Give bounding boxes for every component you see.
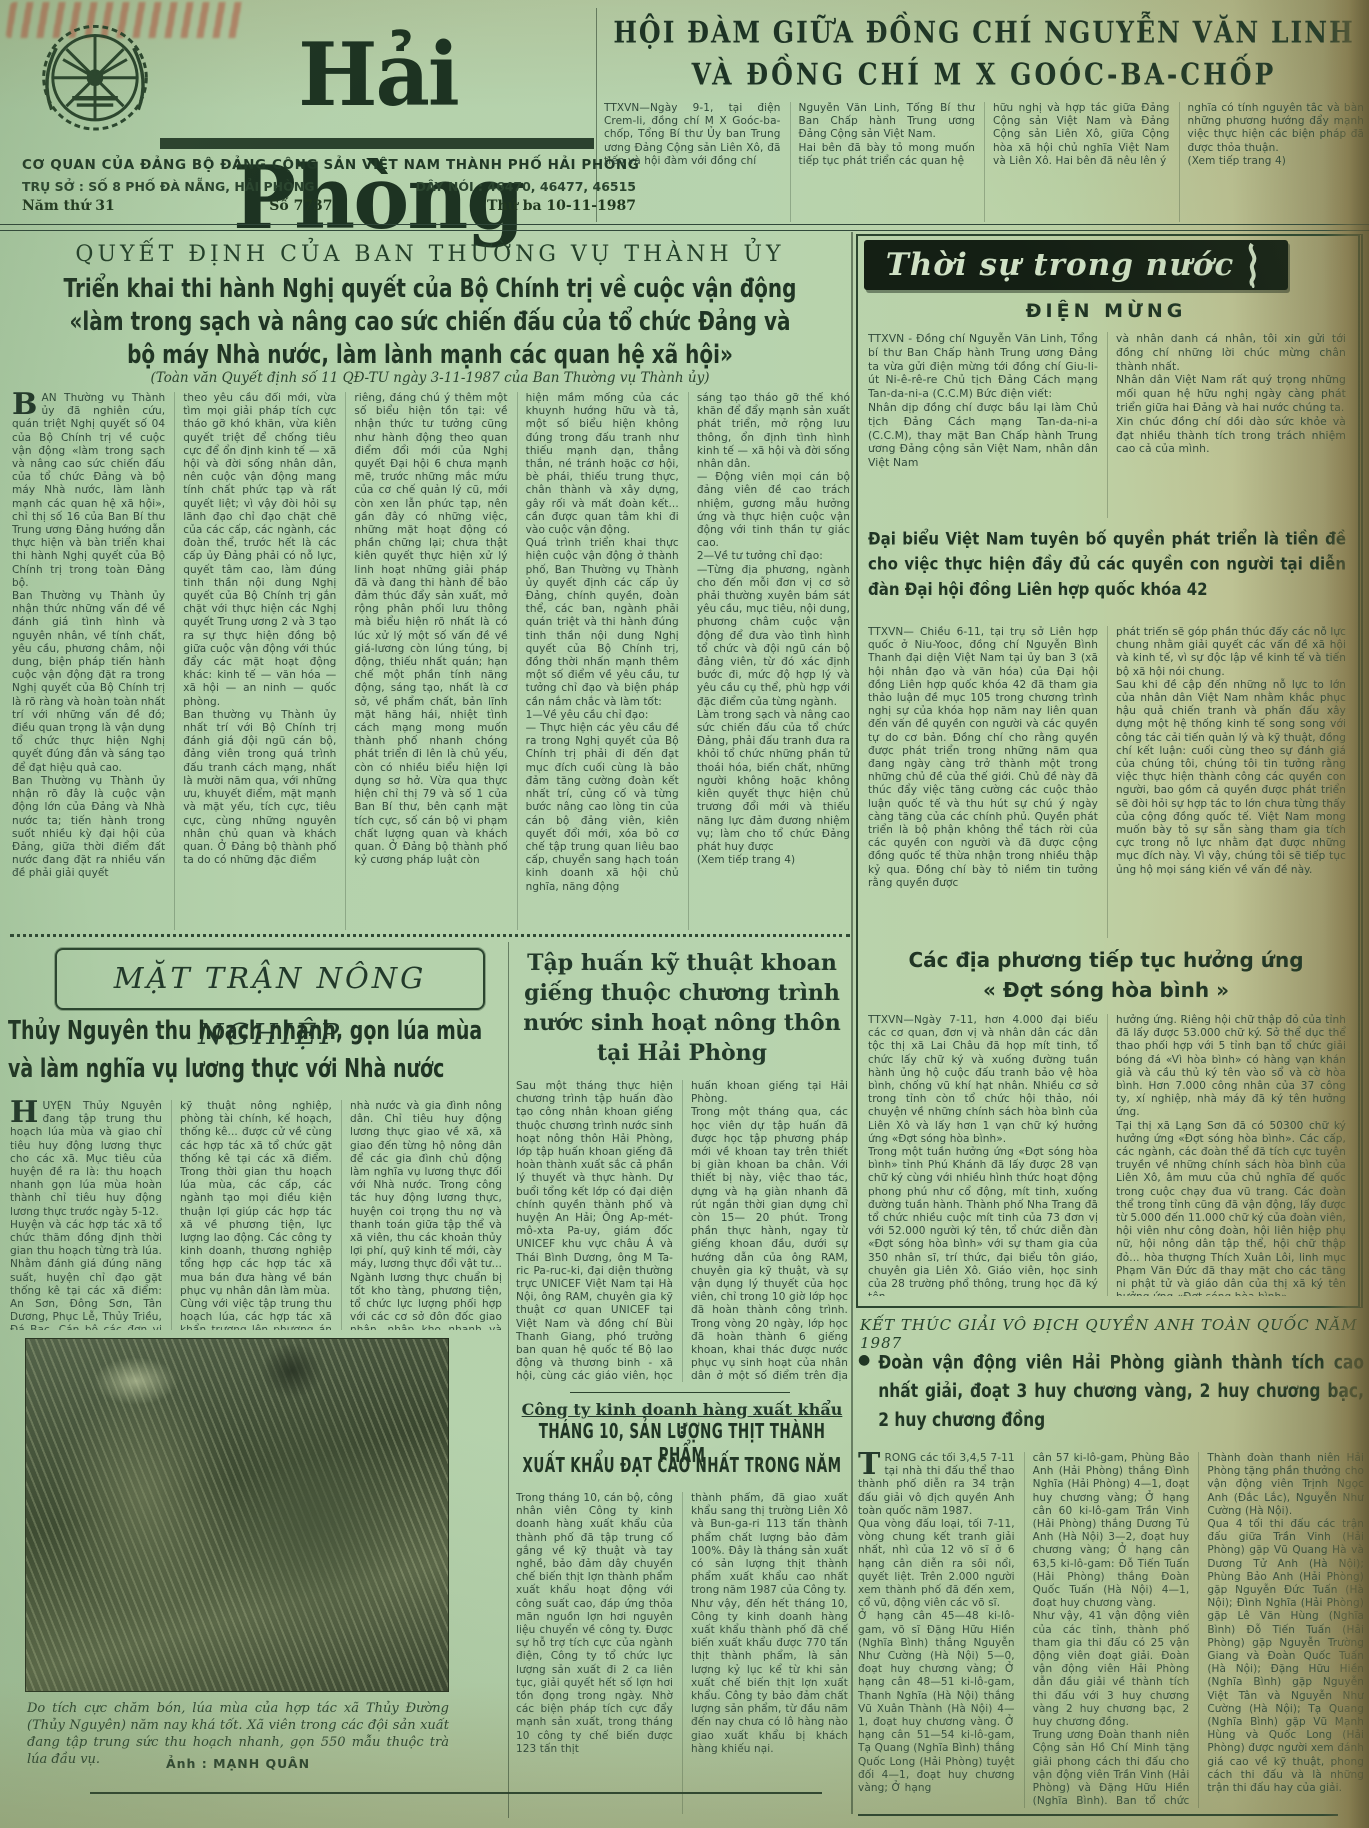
bullet-icon: ●: [858, 1348, 870, 1420]
bottom-right-divider: [858, 1814, 1338, 1816]
article-column: kỹ thuật nông nghiệp, phòng tài chính, k…: [171, 1100, 332, 1330]
article-column: Thành đoàn thanh niên Hải Phòng tặng phầ…: [1198, 1452, 1364, 1808]
training-headline: Tập huấn kỹ thuật khoan giếng thuộc chươ…: [516, 948, 848, 1068]
vietnam-map-icon: [1244, 242, 1266, 288]
right-region-divider: [851, 232, 853, 1814]
article-column: và nhân danh cá nhân, tôi xin gửi tới đồ…: [1107, 332, 1346, 518]
article-column: TTXVN—Ngày 9-1, tại điện Crem-li, đồng c…: [604, 102, 781, 222]
wave-headline-line1: Các địa phương tiếp tục hưởng ứng: [856, 948, 1356, 972]
training-headline-line3: nước sinh hoạt nông thôn: [516, 1008, 848, 1038]
drop-cap: H: [10, 1100, 42, 1126]
phone-numbers: DÂY NÓI : 46470, 46477, 46515: [416, 179, 636, 194]
party-wheel-wreath-emblem-icon: [38, 20, 152, 140]
training-headline-line1: Tập huấn kỹ thuật khoan: [516, 948, 848, 978]
wave-headline-line2: « Đợt sóng hòa bình »: [856, 978, 1356, 1002]
training-article-columns: Sau một tháng thực hiện chương trình tập…: [516, 1080, 848, 1382]
article-column: riêng, đáng chú ý thêm một số biểu hiện …: [345, 392, 507, 930]
article-column: TTXVN— Chiều 6-11, tại trụ sở Liên hợp q…: [868, 626, 1098, 938]
office-address: TRỤ SỞ : SỐ 8 PHỐ ĐÀ NẴNG, HẢI PHÒNG: [22, 179, 314, 194]
article-column: TRONG các tối 3,4,5 7-11 tại nhà thi đấu…: [858, 1452, 1015, 1808]
mid-column-divider: [508, 942, 509, 1818]
issue-number: Số 7737: [269, 198, 332, 214]
article-column: Sau một tháng thực hiện chương trình tập…: [516, 1080, 673, 1382]
article-column: nhà nước và gia đình nông dân. Chỉ tiêu …: [341, 1100, 502, 1330]
news-banner: Thời sự trong nước: [864, 240, 1288, 290]
article-column: theo yêu cầu đổi mới, vừa tìm mọi giải p…: [174, 392, 336, 930]
news-banner-title: Thời sự trong nước: [886, 247, 1235, 283]
article-column: TTXVN—Ngày 7-11, hơn 4.000 đại biểu các …: [868, 1014, 1098, 1296]
decision-headline-line3: bộ máy Nhà nước, làm lành mạnh các quan …: [10, 338, 850, 369]
decision-headline-line2: «làm trong sạch và nâng cao sức chiến đấ…: [10, 305, 850, 336]
agriculture-headline-line1: Thủy Nguyên thu hoạch nhanh, gọn lúa mùa: [8, 1016, 504, 1046]
drop-cap: T: [858, 1452, 884, 1478]
newspaper-page: Hải Phòng CƠ QUAN CỦA ĐẢNG BỘ ĐẢNG CỘNG …: [0, 0, 1369, 1828]
export-headline-line2: XUẤT KHẨU ĐẠT CAO NHẤT TRONG NĂM: [516, 1454, 848, 1478]
article-column: nghĩa có tính nguyên tắc và bàn những ph…: [1179, 102, 1365, 222]
training-headline-line2: giếng thuộc chương trình: [516, 978, 848, 1008]
article-column: cân 57 ki-lô-gam, Phùng Bảo Anh (Hải Phò…: [1024, 1452, 1190, 1808]
harvest-photo: [25, 1338, 449, 1692]
article-column: hiện mầm mống của các khuynh hướng hữu v…: [517, 392, 679, 930]
un-article-columns: TTXVN— Chiều 6-11, tại trụ sở Liên hợp q…: [868, 626, 1346, 938]
article-column: Trong tháng 10, cán bộ, công nhân viên C…: [516, 1492, 673, 1814]
telegram-title: ĐIỆN MỪNG: [856, 300, 1356, 322]
article-column: huấn khoan giếng tại Hải Phòng. Trong mộ…: [682, 1080, 848, 1382]
decision-article-columns: BAN Thường vụ Thành ủy đã nghiên cứu, qu…: [12, 392, 850, 930]
decision-headline-line1: Triển khai thi hành Nghị quyết của Bộ Ch…: [10, 272, 850, 303]
decision-kicker: QUYẾT ĐỊNH CỦA BAN THƯỜNG VỤ THÀNH ỦY: [10, 242, 850, 267]
article-column: Nguyễn Văn Linh, Tổng Bí thư Ban Chấp hà…: [790, 102, 976, 222]
header-column-divider: [596, 8, 597, 222]
photo-credit: Ảnh : MẠNH QUÂN: [27, 1756, 449, 1771]
org-line: CƠ QUAN CỦA ĐẢNG BỘ ĐẢNG CỘNG SẢN VIỆT N…: [22, 157, 628, 173]
boxing-article-columns: TRONG các tối 3,4,5 7-11 tại nhà thi đấu…: [858, 1452, 1364, 1808]
article-column: thành phẩm, đã giao xuất khẩu sang thị t…: [682, 1492, 848, 1814]
training-headline-line4: tại Hải Phòng: [516, 1038, 848, 1068]
dotted-divider: [10, 934, 850, 937]
un-headline: Đại biểu Việt Nam tuyên bố quyền phát tr…: [868, 526, 1346, 602]
article-column: hữu nghị và hợp tác giữa Đảng Cộng sản V…: [984, 102, 1170, 222]
boxing-headline-row: ● Đoàn vận động viên Hải Phòng giành thà…: [858, 1348, 1364, 1420]
summit-article-columns: TTXVN—Ngày 9-1, tại điện Crem-li, đồng c…: [604, 102, 1364, 222]
summit-headline-line1: HỘI ĐÀM GIỮA ĐỒNG CHÍ NGUYỄN VĂN LINH: [604, 15, 1364, 50]
boxing-kicker: KẾT THÚC GIẢI VÔ ĐỊCH QUYỀN ANH TOÀN QUỐ…: [860, 1316, 1365, 1352]
publication-year: Năm thứ 31: [22, 198, 115, 214]
article-column: hưởng ứng. Riêng hội chữ thập đỏ của tỉn…: [1107, 1014, 1346, 1296]
agriculture-section-box: MẶT TRẬN NÔNG NGHIỆP: [55, 948, 485, 1010]
export-article-columns: Trong tháng 10, cán bộ, công nhân viên C…: [516, 1492, 848, 1814]
masthead-rule: [160, 138, 594, 149]
agriculture-headline-line2: và làm nghĩa vụ lương thực với Nhà nước: [8, 1054, 504, 1084]
article-column: BAN Thường vụ Thành ủy đã nghiên cứu, qu…: [12, 392, 165, 930]
article-column: phát triển sẽ góp phần thúc đẩy các nỗ l…: [1107, 626, 1346, 938]
decision-subhead: (Toàn văn Quyết định số 11 QĐ-TU ngày 3-…: [10, 370, 850, 386]
boxing-headline: Đoàn vận động viên Hải Phòng giành thành…: [878, 1348, 1364, 1434]
agriculture-article-columns: HUYỆN Thủy Nguyên đang tập trung thu hoạ…: [10, 1100, 502, 1330]
header-divider: [0, 224, 1369, 231]
drop-cap: B: [12, 392, 41, 418]
article-column: sáng tạo tháo gỡ thế khó khăn để đẩy mạn…: [688, 392, 850, 930]
telegram-columns: TTXVN - Đồng chí Nguyễn Văn Linh, Tổng b…: [868, 332, 1346, 518]
wave-article-columns: TTXVN—Ngày 7-11, hơn 4.000 đại biểu các …: [868, 1014, 1346, 1296]
article-column: TTXVN - Đồng chí Nguyễn Văn Linh, Tổng b…: [868, 332, 1098, 518]
masthead-title: Hải Phòng: [148, 14, 608, 137]
export-top-rule: [570, 1392, 790, 1393]
summit-headline-line2: VÀ ĐỒNG CHÍ M X GOÓC-BA-CHỐP: [604, 57, 1364, 92]
article-column: HUYỆN Thủy Nguyên đang tập trung thu hoạ…: [10, 1100, 162, 1330]
